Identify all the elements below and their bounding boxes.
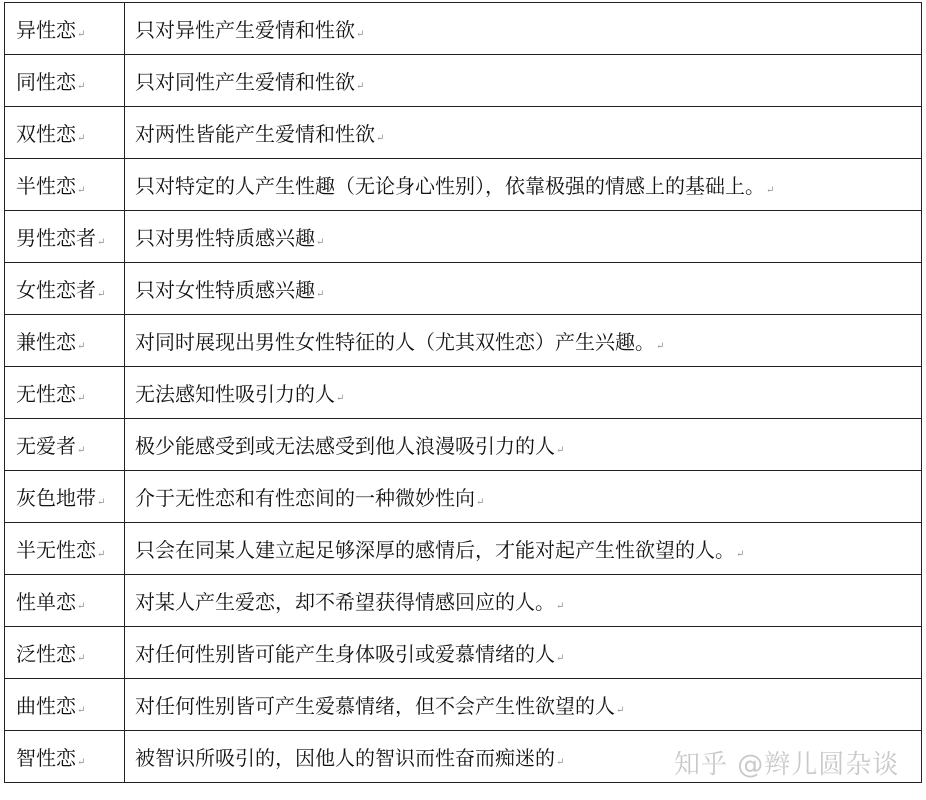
term-text: 双性恋 [16,122,76,146]
definition-text: 对两性皆能产生爱情和性欲 [135,122,375,146]
term-text: 曲性恋 [16,694,76,718]
definition-cell: 对任何性别皆可产生爱慕情绪，但不会产生性欲望的人↵ [125,679,922,731]
definition-cell: 对同时展现出男性女性特征的人（尤其双性恋）产生兴趣。↵ [125,315,922,367]
term-cell: 曲性恋↵ [5,679,125,731]
definition-text: 介于无性恋和有性恋间的一种微妙性向 [135,486,475,510]
definition-text: 对同时展现出男性女性特征的人（尤其双性恋）产生兴趣。 [135,330,655,354]
definition-text: 无法感知性吸引力的人 [135,382,335,406]
paragraph-mark-icon: ↵ [77,393,85,404]
paragraph-mark-icon: ↵ [316,237,324,248]
definition-cell: 只对同性产生爱情和性欲↵ [125,55,922,107]
definition-cell: 只对女性特质感兴趣↵ [125,263,922,315]
paragraph-mark-icon: ↵ [356,81,364,92]
paragraph-mark-icon: ↵ [77,601,85,612]
term-text: 泛性恋 [16,642,76,666]
term-cell: 男性恋者↵ [5,211,125,263]
term-cell: 无爱者↵ [5,419,125,471]
definition-cell: 只对特定的人产生性趣（无论身心性别），依靠极强的情感上的基础上。↵ [125,159,922,211]
table-row: 异性恋↵只对异性产生爱情和性欲↵ [5,3,922,55]
definition-text: 对某人产生爱恋，却不希望获得情感回应的人。 [135,590,555,614]
paragraph-mark-icon: ↵ [77,757,85,768]
term-cell: 异性恋↵ [5,3,125,55]
term-text: 灰色地带 [16,486,96,510]
table-row: 半无性恋↵只会在同某人建立起足够深厚的感情后，才能对起产生性欲望的人。↵ [5,523,922,575]
definition-cell: 对任何性别皆可能产生身体吸引或爱慕情绪的人↵ [125,627,922,679]
term-text: 男性恋者 [16,226,96,250]
term-text: 无爱者 [16,434,76,458]
table-row: 女性恋者↵只对女性特质感兴趣↵ [5,263,922,315]
term-text: 同性恋 [16,70,76,94]
table-row: 性单恋↵对某人产生爱恋，却不希望获得情感回应的人。↵ [5,575,922,627]
table-row: 半性恋↵只对特定的人产生性趣（无论身心性别），依靠极强的情感上的基础上。↵ [5,159,922,211]
term-text: 无性恋 [16,382,76,406]
term-text: 智性恋 [16,746,76,770]
term-cell: 半性恋↵ [5,159,125,211]
table-row: 男性恋者↵只对男性特质感兴趣↵ [5,211,922,263]
paragraph-mark-icon: ↵ [476,497,484,508]
paragraph-mark-icon: ↵ [766,185,774,196]
definition-text: 只对同性产生爱情和性欲 [135,70,355,94]
definition-cell: 对某人产生爱恋，却不希望获得情感回应的人。↵ [125,575,922,627]
table-row: 双性恋↵对两性皆能产生爱情和性欲↵ [5,107,922,159]
table-row: 智性恋↵被智识所吸引的，因他人的智识而性奋而痴迷的↵ [5,731,922,783]
definition-cell: 只会在同某人建立起足够深厚的感情后，才能对起产生性欲望的人。↵ [125,523,922,575]
paragraph-mark-icon: ↵ [336,393,344,404]
term-text: 兼性恋 [16,330,76,354]
definition-text: 只对特定的人产生性趣（无论身心性别），依靠极强的情感上的基础上。 [135,174,765,198]
table-row: 兼性恋↵对同时展现出男性女性特征的人（尤其双性恋）产生兴趣。↵ [5,315,922,367]
paragraph-mark-icon: ↵ [736,549,744,560]
paragraph-mark-icon: ↵ [77,705,85,716]
table-row: 泛性恋↵对任何性别皆可能产生身体吸引或爱慕情绪的人↵ [5,627,922,679]
paragraph-mark-icon: ↵ [556,757,564,768]
paragraph-mark-icon: ↵ [616,705,624,716]
table-row: 曲性恋↵对任何性别皆可产生爱慕情绪，但不会产生性欲望的人↵ [5,679,922,731]
term-text: 性单恋 [16,590,76,614]
definition-cell: 只对异性产生爱情和性欲↵ [125,3,922,55]
definition-text: 对任何性别皆可能产生身体吸引或爱慕情绪的人 [135,642,555,666]
paragraph-mark-icon: ↵ [556,601,564,612]
term-cell: 无性恋↵ [5,367,125,419]
paragraph-mark-icon: ↵ [77,29,85,40]
term-cell: 性单恋↵ [5,575,125,627]
definition-text: 对任何性别皆可产生爱慕情绪，但不会产生性欲望的人 [135,694,615,718]
definition-cell: 极少能感受到或无法感受到他人浪漫吸引力的人↵ [125,419,922,471]
definitions-table-body: 异性恋↵只对异性产生爱情和性欲↵同性恋↵只对同性产生爱情和性欲↵双性恋↵对两性皆… [5,3,922,783]
definition-text: 被智识所吸引的，因他人的智识而性奋而痴迷的 [135,746,555,770]
paragraph-mark-icon: ↵ [376,133,384,144]
paragraph-mark-icon: ↵ [97,549,105,560]
term-cell: 半无性恋↵ [5,523,125,575]
term-text: 半性恋 [16,174,76,198]
term-cell: 智性恋↵ [5,731,125,783]
paragraph-mark-icon: ↵ [77,653,85,664]
paragraph-mark-icon: ↵ [316,289,324,300]
table-row: 无性恋↵无法感知性吸引力的人↵ [5,367,922,419]
definitions-table: 异性恋↵只对异性产生爱情和性欲↵同性恋↵只对同性产生爱情和性欲↵双性恋↵对两性皆… [4,2,922,783]
table-row: 无爱者↵极少能感受到或无法感受到他人浪漫吸引力的人↵ [5,419,922,471]
term-cell: 灰色地带↵ [5,471,125,523]
paragraph-mark-icon: ↵ [97,237,105,248]
term-cell: 同性恋↵ [5,55,125,107]
paragraph-mark-icon: ↵ [556,445,564,456]
paragraph-mark-icon: ↵ [556,653,564,664]
paragraph-mark-icon: ↵ [77,445,85,456]
table-row: 同性恋↵只对同性产生爱情和性欲↵ [5,55,922,107]
definition-cell: 介于无性恋和有性恋间的一种微妙性向↵ [125,471,922,523]
definition-cell: 只对男性特质感兴趣↵ [125,211,922,263]
term-text: 女性恋者 [16,278,96,302]
term-text: 半无性恋 [16,538,96,562]
definition-cell: 对两性皆能产生爱情和性欲↵ [125,107,922,159]
definition-text: 极少能感受到或无法感受到他人浪漫吸引力的人 [135,434,555,458]
paragraph-mark-icon: ↵ [656,341,664,352]
definition-text: 只会在同某人建立起足够深厚的感情后，才能对起产生性欲望的人。 [135,538,735,562]
paragraph-mark-icon: ↵ [77,341,85,352]
paragraph-mark-icon: ↵ [356,29,364,40]
term-cell: 泛性恋↵ [5,627,125,679]
term-text: 异性恋 [16,18,76,42]
definition-cell: 无法感知性吸引力的人↵ [125,367,922,419]
term-cell: 女性恋者↵ [5,263,125,315]
paragraph-mark-icon: ↵ [97,289,105,300]
table-row: 灰色地带↵介于无性恋和有性恋间的一种微妙性向↵ [5,471,922,523]
paragraph-mark-icon: ↵ [77,133,85,144]
paragraph-mark-icon: ↵ [77,81,85,92]
definition-cell: 被智识所吸引的，因他人的智识而性奋而痴迷的↵ [125,731,922,783]
term-cell: 双性恋↵ [5,107,125,159]
definition-text: 只对异性产生爱情和性欲 [135,18,355,42]
definition-text: 只对男性特质感兴趣 [135,226,315,250]
term-cell: 兼性恋↵ [5,315,125,367]
definition-text: 只对女性特质感兴趣 [135,278,315,302]
paragraph-mark-icon: ↵ [77,185,85,196]
paragraph-mark-icon: ↵ [97,497,105,508]
